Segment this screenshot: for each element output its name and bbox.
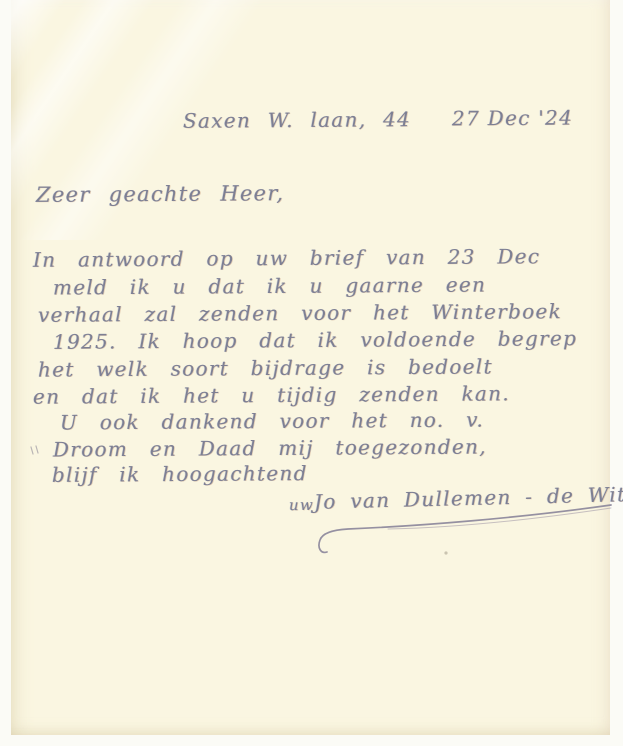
letter-line: meld ik u dat ik u gaarne een [53, 272, 486, 299]
letter-line: blijf ik hoogachtend [52, 461, 308, 487]
letter-line: het welk soort bijdrage is bedoelt [38, 354, 493, 381]
letter-line: 1925. Ik hoop dat ik voldoende begrep [53, 326, 577, 354]
letter-line: In antwoord op uw brief van 23 Dec [33, 244, 541, 272]
signature-prefix: uw [289, 496, 314, 514]
letter-line: Droom en Daad mij toegezonden, [53, 434, 487, 461]
letter-salutation: Zeer geachte Heer, [36, 181, 285, 207]
letter-line: U ook dankend voor het no. v. [60, 408, 484, 435]
letter-scan: Saxen W. laan, 44 27 Dec '24 Zeer geacht… [0, 0, 623, 746]
letter-line: verhaal zal zenden voor het Winterboek [38, 299, 562, 327]
letter-date: 27 Dec '24 [452, 106, 573, 131]
letter-line: en dat ik het u tijdig zenden kan. [33, 381, 510, 408]
letter-address: Saxen W. laan, 44 [183, 107, 411, 133]
